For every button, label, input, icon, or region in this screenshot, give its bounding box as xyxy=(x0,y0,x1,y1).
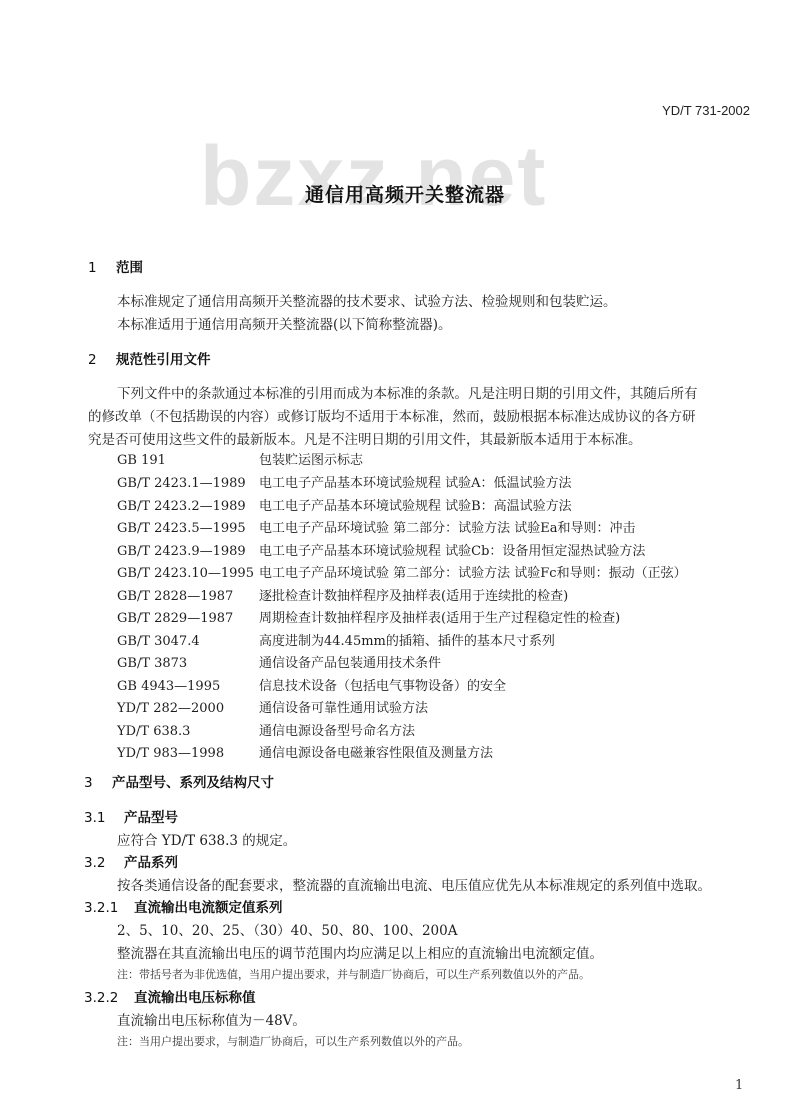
paragraph-line: 的修改单（不包括勘误的内容）或修订版均不适用于本标准，然而，鼓励根据本标准达成协… xyxy=(88,405,696,425)
reference-code: GB/T 2828—1987 xyxy=(117,589,259,604)
reference-item: GB/T 2423.2—1989电工电子产品基本环境试验规程 试验B：高温试验方… xyxy=(117,495,572,514)
section-title: 产品型号、系列及结构尺寸 xyxy=(112,775,274,791)
section-number: 2 xyxy=(88,352,116,368)
reference-title: 电工电子产品基本环境试验规程 试验Cb：设备用恒定湿热试验方法 xyxy=(259,544,645,559)
standard-code: YD/T 731-2002 xyxy=(662,103,750,118)
reference-code: GB/T 2423.2—1989 xyxy=(117,499,259,514)
section-1-heading: 1范围 xyxy=(88,256,143,276)
reference-code: YD/T 983—1998 xyxy=(117,746,259,761)
subsection-3-2-heading: 3.2产品系列 xyxy=(84,851,178,871)
reference-item: GB/T 2423.5—1995电工电子产品环境试验 第二部分：试验方法 试验E… xyxy=(117,517,636,536)
subsection-3-1-heading: 3.1产品型号 xyxy=(84,806,178,826)
reference-item: GB/T 2423.9—1989电工电子产品基本环境试验规程 试验Cb：设备用恒… xyxy=(117,540,645,559)
reference-code: GB/T 2423.1—1989 xyxy=(117,476,259,491)
section-title: 规范性引用文件 xyxy=(116,352,211,368)
document-title: 通信用高频开关整流器 xyxy=(0,180,800,207)
reference-item: GB 191包装贮运图示标志 xyxy=(117,449,363,468)
reference-item: GB/T 3047.4高度进制为44.45mm的插箱、插件的基本尺寸系列 xyxy=(117,630,555,649)
reference-code: YD/T 638.3 xyxy=(117,724,259,739)
reference-item: GB/T 2423.1—1989电工电子产品基本环境试验规程 试验A：低温试验方… xyxy=(117,472,572,491)
reference-title: 通信设备可靠性通用试验方法 xyxy=(259,701,428,716)
section-number: 3.2.1 xyxy=(84,900,134,916)
reference-item: GB 4943—1995信息技术设备（包括电气事物设备）的安全 xyxy=(117,675,506,694)
reference-title: 电工电子产品环境试验 第二部分：试验方法 试验Ea和导则：冲击 xyxy=(259,521,636,536)
reference-item: GB/T 3873通信设备产品包装通用技术条件 xyxy=(117,652,441,671)
paragraph-line: 下列文件中的条款通过本标准的引用而成为本标准的条款。凡是注明日期的引用文件，其随… xyxy=(117,382,698,402)
section-title: 范围 xyxy=(116,260,143,276)
reference-item: YD/T 983—1998通信电源设备电磁兼容性限值及测量方法 xyxy=(117,742,493,761)
section-3-heading: 3产品型号、系列及结构尺寸 xyxy=(84,771,274,791)
watermark: bzxz.net xyxy=(200,128,547,225)
paragraph: 应符合 YD/T 638.3 的规定。 xyxy=(117,829,296,849)
section-title: 产品型号 xyxy=(124,810,178,826)
note: 注：带括号者为非优选值，当用户提出要求，并与制造厂协商后，可以生产系列数值以外的… xyxy=(117,966,590,982)
reference-code: GB/T 2423.5—1995 xyxy=(117,521,259,536)
reference-code: GB/T 3873 xyxy=(117,656,259,671)
section-number: 3.2.2 xyxy=(84,990,134,1006)
paragraph: 直流输出电压标称值为－48V。 xyxy=(117,1009,306,1029)
paragraph: 整流器在其直流输出电压的调节范围内均应满足以上相应的直流输出电流额定值。 xyxy=(117,942,603,962)
page-number: 1 xyxy=(735,1078,743,1093)
reference-title: 电工电子产品基本环境试验规程 试验B：高温试验方法 xyxy=(259,499,572,514)
section-title: 产品系列 xyxy=(124,855,178,871)
paragraph: 本标准适用于通信用高频开关整流器(以下简称整流器)。 xyxy=(117,313,452,333)
reference-code: GB 4943—1995 xyxy=(117,679,259,694)
reference-title: 周期检查计数抽样程序及抽样表(适用于生产过程稳定性的检查) xyxy=(259,611,620,626)
reference-code: GB/T 2423.10—1995 xyxy=(117,566,259,581)
reference-title: 包装贮运图示标志 xyxy=(259,453,363,468)
reference-code: GB/T 3047.4 xyxy=(117,634,259,649)
subsection-3-2-1-heading: 3.2.1直流输出电流额定值系列 xyxy=(84,896,283,916)
paragraph: 本标准规定了通信用高频开关整流器的技术要求、试验方法、检验规则和包装贮运。 xyxy=(117,290,617,310)
reference-item: YD/T 282—2000通信设备可靠性通用试验方法 xyxy=(117,697,428,716)
section-title: 直流输出电压标称值 xyxy=(134,990,256,1006)
paragraph-line: 究是否可使用这些文件的最新版本。凡是不注明日期的引用文件，其最新版本适用于本标准… xyxy=(88,428,642,448)
note: 注：当用户提出要求，与制造厂协商后，可以生产系列数值以外的产品。 xyxy=(117,1033,469,1049)
section-number: 3.1 xyxy=(84,810,124,826)
reference-title: 高度进制为44.45mm的插箱、插件的基本尺寸系列 xyxy=(259,634,555,649)
section-number: 3 xyxy=(84,775,112,791)
section-title: 直流输出电流额定值系列 xyxy=(134,900,283,916)
reference-title: 逐批检查计数抽样程序及抽样表(适用于连续批的检查) xyxy=(259,589,568,604)
reference-item: YD/T 638.3通信电源设备型号命名方法 xyxy=(117,720,415,739)
reference-code: GB/T 2829—1987 xyxy=(117,611,259,626)
section-number: 1 xyxy=(88,260,116,276)
section-number: 3.2 xyxy=(84,855,124,871)
reference-title: 电工电子产品基本环境试验规程 试验A：低温试验方法 xyxy=(259,476,572,491)
reference-code: GB/T 2423.9—1989 xyxy=(117,544,259,559)
reference-title: 通信电源设备型号命名方法 xyxy=(259,724,415,739)
reference-title: 电工电子产品环境试验 第二部分：试验方法 试验Fc和导则：振动（正弦） xyxy=(259,566,687,581)
reference-title: 信息技术设备（包括电气事物设备）的安全 xyxy=(259,679,506,694)
paragraph: 按各类通信设备的配套要求，整流器的直流输出电流、电压值应优先从本标准规定的系列值… xyxy=(117,874,711,894)
reference-item: GB/T 2423.10—1995电工电子产品环境试验 第二部分：试验方法 试验… xyxy=(117,562,687,581)
subsection-3-2-2-heading: 3.2.2直流输出电压标称值 xyxy=(84,986,256,1006)
reference-title: 通信电源设备电磁兼容性限值及测量方法 xyxy=(259,746,493,761)
current-values: 2、5、10、20、25、（30）40、50、80、100、200A xyxy=(117,919,457,939)
reference-code: YD/T 282—2000 xyxy=(117,701,259,716)
section-2-heading: 2规范性引用文件 xyxy=(88,348,211,368)
reference-code: GB 191 xyxy=(117,453,259,468)
reference-title: 通信设备产品包装通用技术条件 xyxy=(259,656,441,671)
reference-item: GB/T 2829—1987周期检查计数抽样程序及抽样表(适用于生产过程稳定性的… xyxy=(117,607,620,626)
reference-item: GB/T 2828—1987逐批检查计数抽样程序及抽样表(适用于连续批的检查) xyxy=(117,585,568,604)
